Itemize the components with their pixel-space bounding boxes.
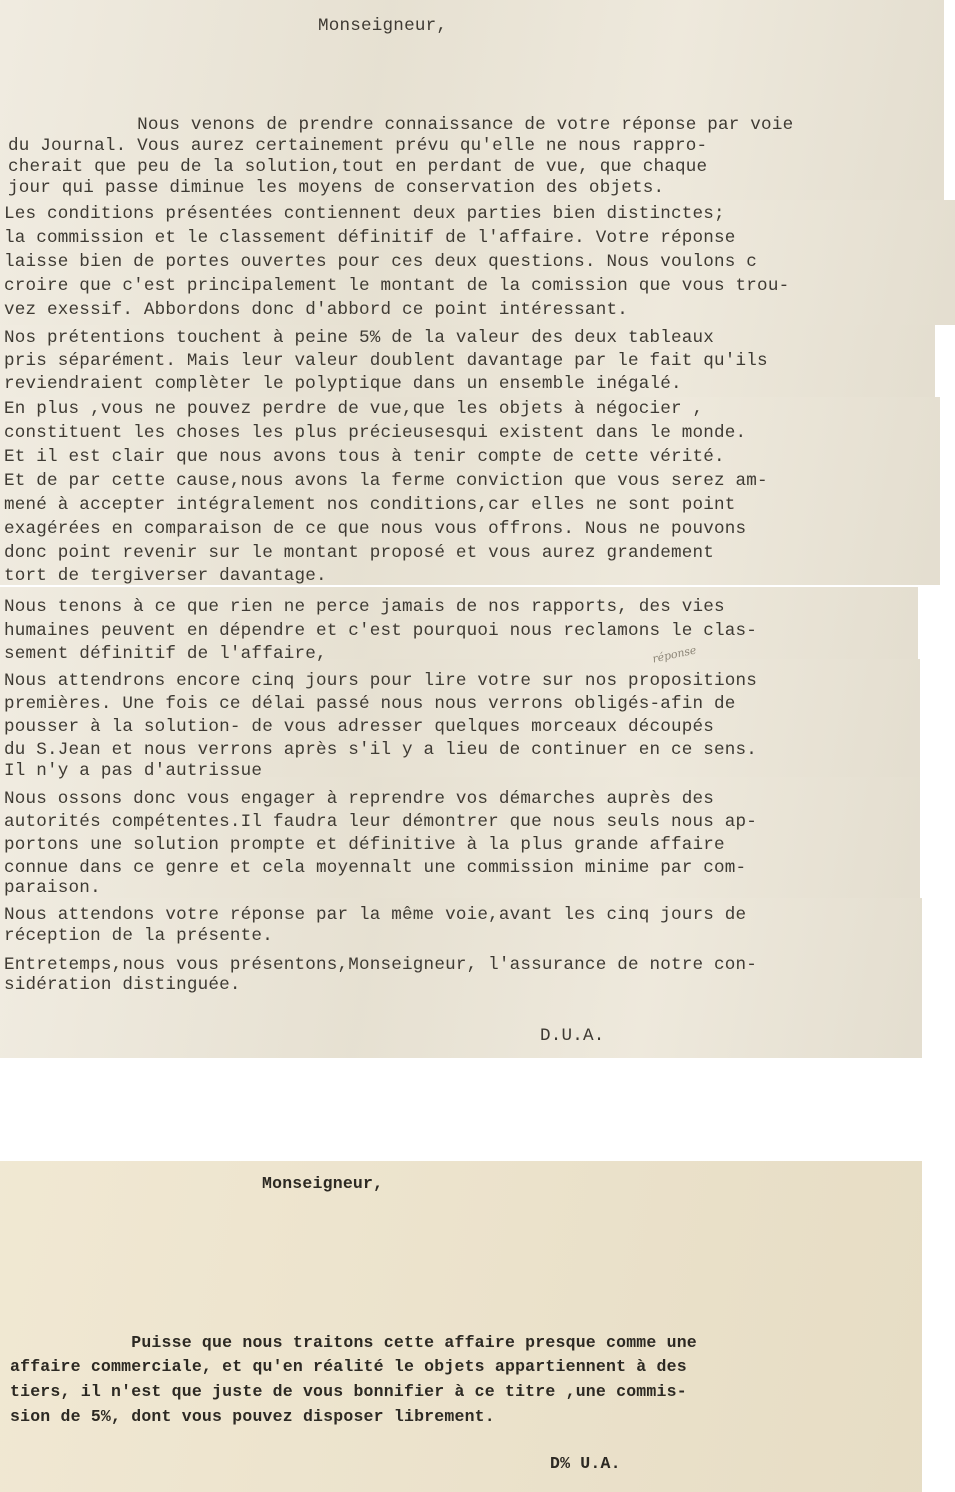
- text-line: Nous tenons à ce que rien ne perce jamai…: [4, 595, 725, 619]
- text-line: tiers, il n'est que juste de vous bonnif…: [10, 1380, 687, 1404]
- text-line: sement définitif de l'affaire,: [4, 642, 327, 666]
- text-line: mené à accepter intégralement nos condit…: [4, 493, 736, 517]
- text-line: laisse bien de portes ouvertes pour ces …: [4, 250, 757, 274]
- text-line: la commission et le classement définitif…: [4, 226, 736, 250]
- text-line: premières. Une fois ce délai passé nous …: [4, 692, 736, 716]
- text-line: exagérées en comparaison de ce que nous …: [4, 517, 746, 541]
- letter2-salutation: Monseigneur,: [262, 1172, 383, 1196]
- text-line: réception de la présente.: [4, 924, 273, 948]
- text-line: pousser à la solution- de vous adresser …: [4, 715, 714, 739]
- text-line: constituent les choses les plus précieus…: [4, 421, 746, 445]
- text-line: croire que c'est principalement le monta…: [4, 274, 789, 298]
- text-line: paraison.: [4, 876, 101, 900]
- letter1-signature: D.U.A.: [540, 1024, 605, 1048]
- text-line: portons une solution prompte et définiti…: [4, 833, 725, 857]
- text-line: sion de 5%, dont vous pouvez disposer li…: [10, 1405, 495, 1429]
- text-line: Il n'y a pas d'autrissue: [4, 759, 262, 783]
- letter2-signature: D% U.A.: [550, 1452, 621, 1476]
- text-line: Nos prétentions touchent à peine 5% de l…: [4, 326, 714, 350]
- text-line: jour qui passe diminue les moyens de con…: [8, 176, 664, 200]
- letter2-paper: [0, 1161, 922, 1492]
- text-line: reviendraient complèter le polyptique da…: [4, 372, 682, 396]
- text-line: pris séparément. Mais leur valeur double…: [4, 349, 768, 373]
- text-line: En plus ,vous ne pouvez perdre de vue,qu…: [4, 397, 703, 421]
- text-line: sidération distinguée.: [4, 973, 241, 997]
- text-line: Puisse que nous traitons cette affaire p…: [10, 1331, 697, 1355]
- text-line: connue dans ce genre et cela moyennalt u…: [4, 856, 746, 880]
- text-line: donc point revenir sur le montant propos…: [4, 541, 714, 565]
- text-line: Et il est clair que nous avons tous à te…: [4, 445, 725, 469]
- text-line: autorités compétentes.Il faudra leur dém…: [4, 810, 757, 834]
- text-line: Nous attendrons encore cinq jours pour l…: [4, 669, 757, 693]
- letter1-salutation: Monseigneur,: [318, 14, 447, 38]
- text-line: Nous ossons donc vous engager à reprendr…: [4, 787, 714, 811]
- text-line: affaire commerciale, et qu'en réalité le…: [10, 1355, 687, 1379]
- text-line: vez exessif. Abbordons donc d'abbord ce …: [4, 298, 628, 322]
- text-line: Les conditions présentées contiennent de…: [4, 202, 725, 226]
- text-line: humaines peuvent en dépendre et c'est po…: [4, 619, 757, 643]
- text-line: tort de tergiverser davantage.: [4, 564, 327, 588]
- text-line: Et de par cette cause,nous avons la ferm…: [4, 469, 768, 493]
